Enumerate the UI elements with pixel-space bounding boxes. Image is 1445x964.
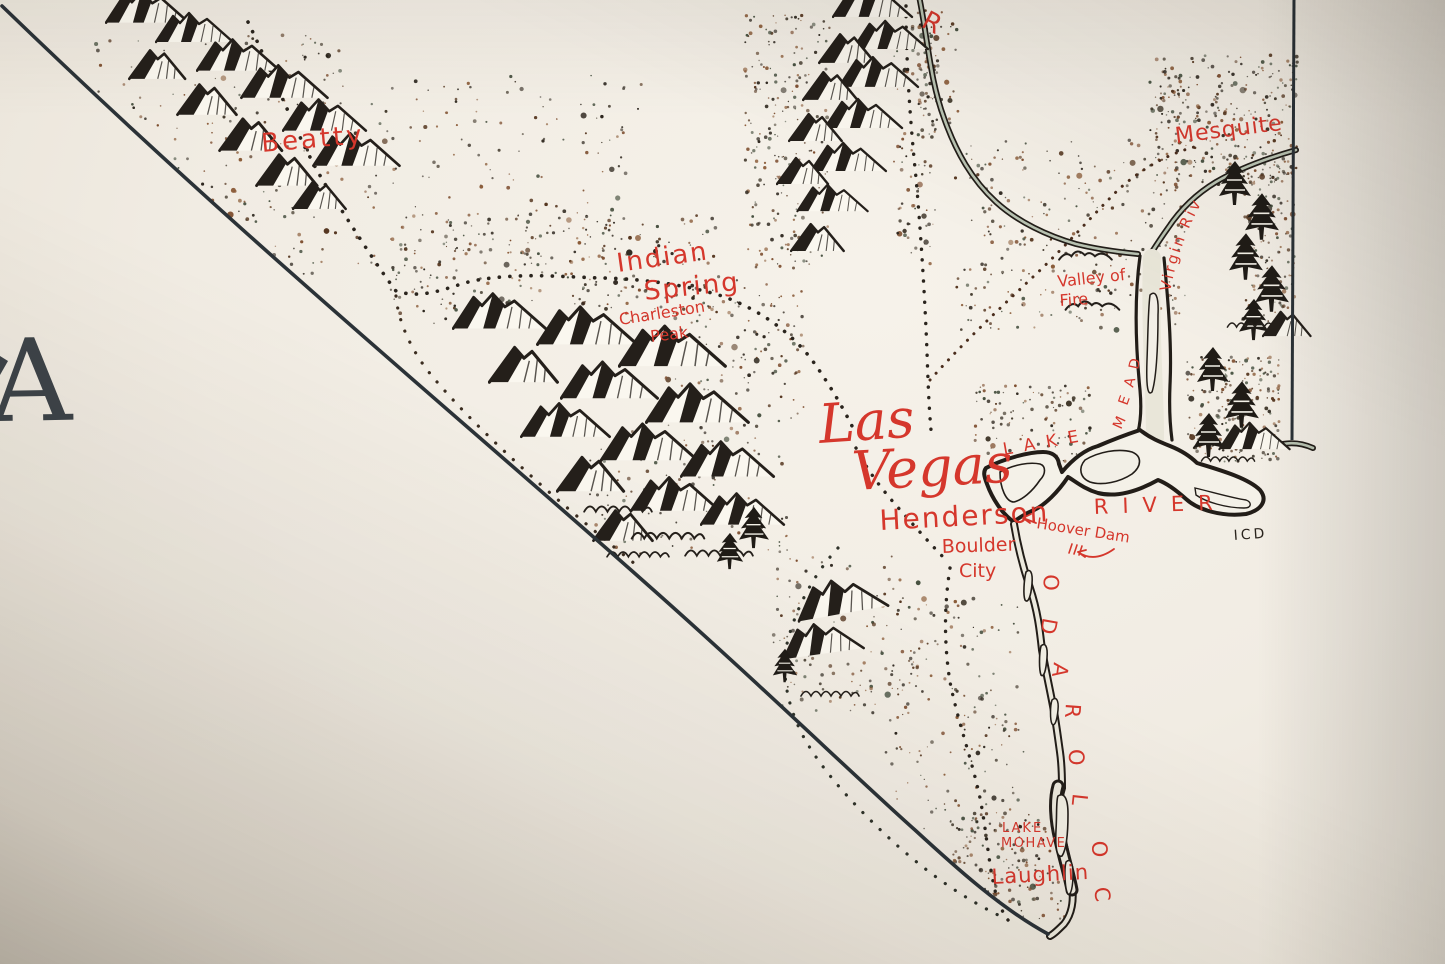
- colorado-letter-c: C: [1089, 885, 1115, 903]
- hoover-dam-arrow-swoosh: [1078, 549, 1114, 557]
- lake-mead-letter-e: E: [1116, 394, 1134, 408]
- artist-monogram: ICD: [1233, 526, 1268, 544]
- boulder-city-label-line1: Boulder: [941, 533, 1015, 558]
- colorado-letter-o1: O: [1087, 840, 1112, 857]
- lake-mead-letter-m: M: [1110, 414, 1130, 432]
- muddy-river-water: [919, 0, 1138, 254]
- nevada-arizona-border: [1292, 0, 1294, 440]
- henderson-label: Henderson: [879, 495, 1051, 537]
- hoover-dam-label: Hoover Dam: [1035, 514, 1131, 546]
- colorado-letter-o2: O: [1064, 749, 1088, 766]
- trail-north-us93: [906, 6, 931, 430]
- valley-of-fire-label-line2: Fire: [1059, 289, 1089, 310]
- lake-mead-letter-a: A: [1121, 375, 1139, 389]
- lake-mohave-label-line2: MOHAVE: [1001, 836, 1066, 851]
- map-artwork: A Beatty Indian Spring Charleston Peak L…: [0, 0, 1445, 964]
- overton-arm-west-bank: [1136, 256, 1141, 432]
- valley-of-fire-label-line1: Valley of: [1056, 265, 1126, 291]
- lake-mead-letter-d: D: [1126, 357, 1144, 371]
- boulder-city-label-line2: City: [959, 560, 996, 582]
- las-vegas-label-line2: Vegas: [850, 432, 1014, 503]
- map-photo: A Beatty Indian Spring Charleston Peak L…: [0, 0, 1445, 964]
- lake-mohave-label-line1: LAKE: [1002, 821, 1043, 836]
- trail-beatty-to-las-vegas: [248, 22, 852, 426]
- colorado-letter-r: R: [1060, 703, 1085, 719]
- terrain: [106, 0, 1310, 696]
- state-name-letter: A: [0, 314, 74, 448]
- muddy-river: [919, 0, 1138, 254]
- colorado-letter-o3: O: [1038, 574, 1063, 591]
- laughlin-label: Laughlin: [991, 860, 1090, 889]
- river-word-label: RIVER: [1093, 490, 1227, 519]
- colorado-letter-l: L: [1067, 792, 1092, 806]
- hoover-dam-ticks: [1069, 544, 1082, 555]
